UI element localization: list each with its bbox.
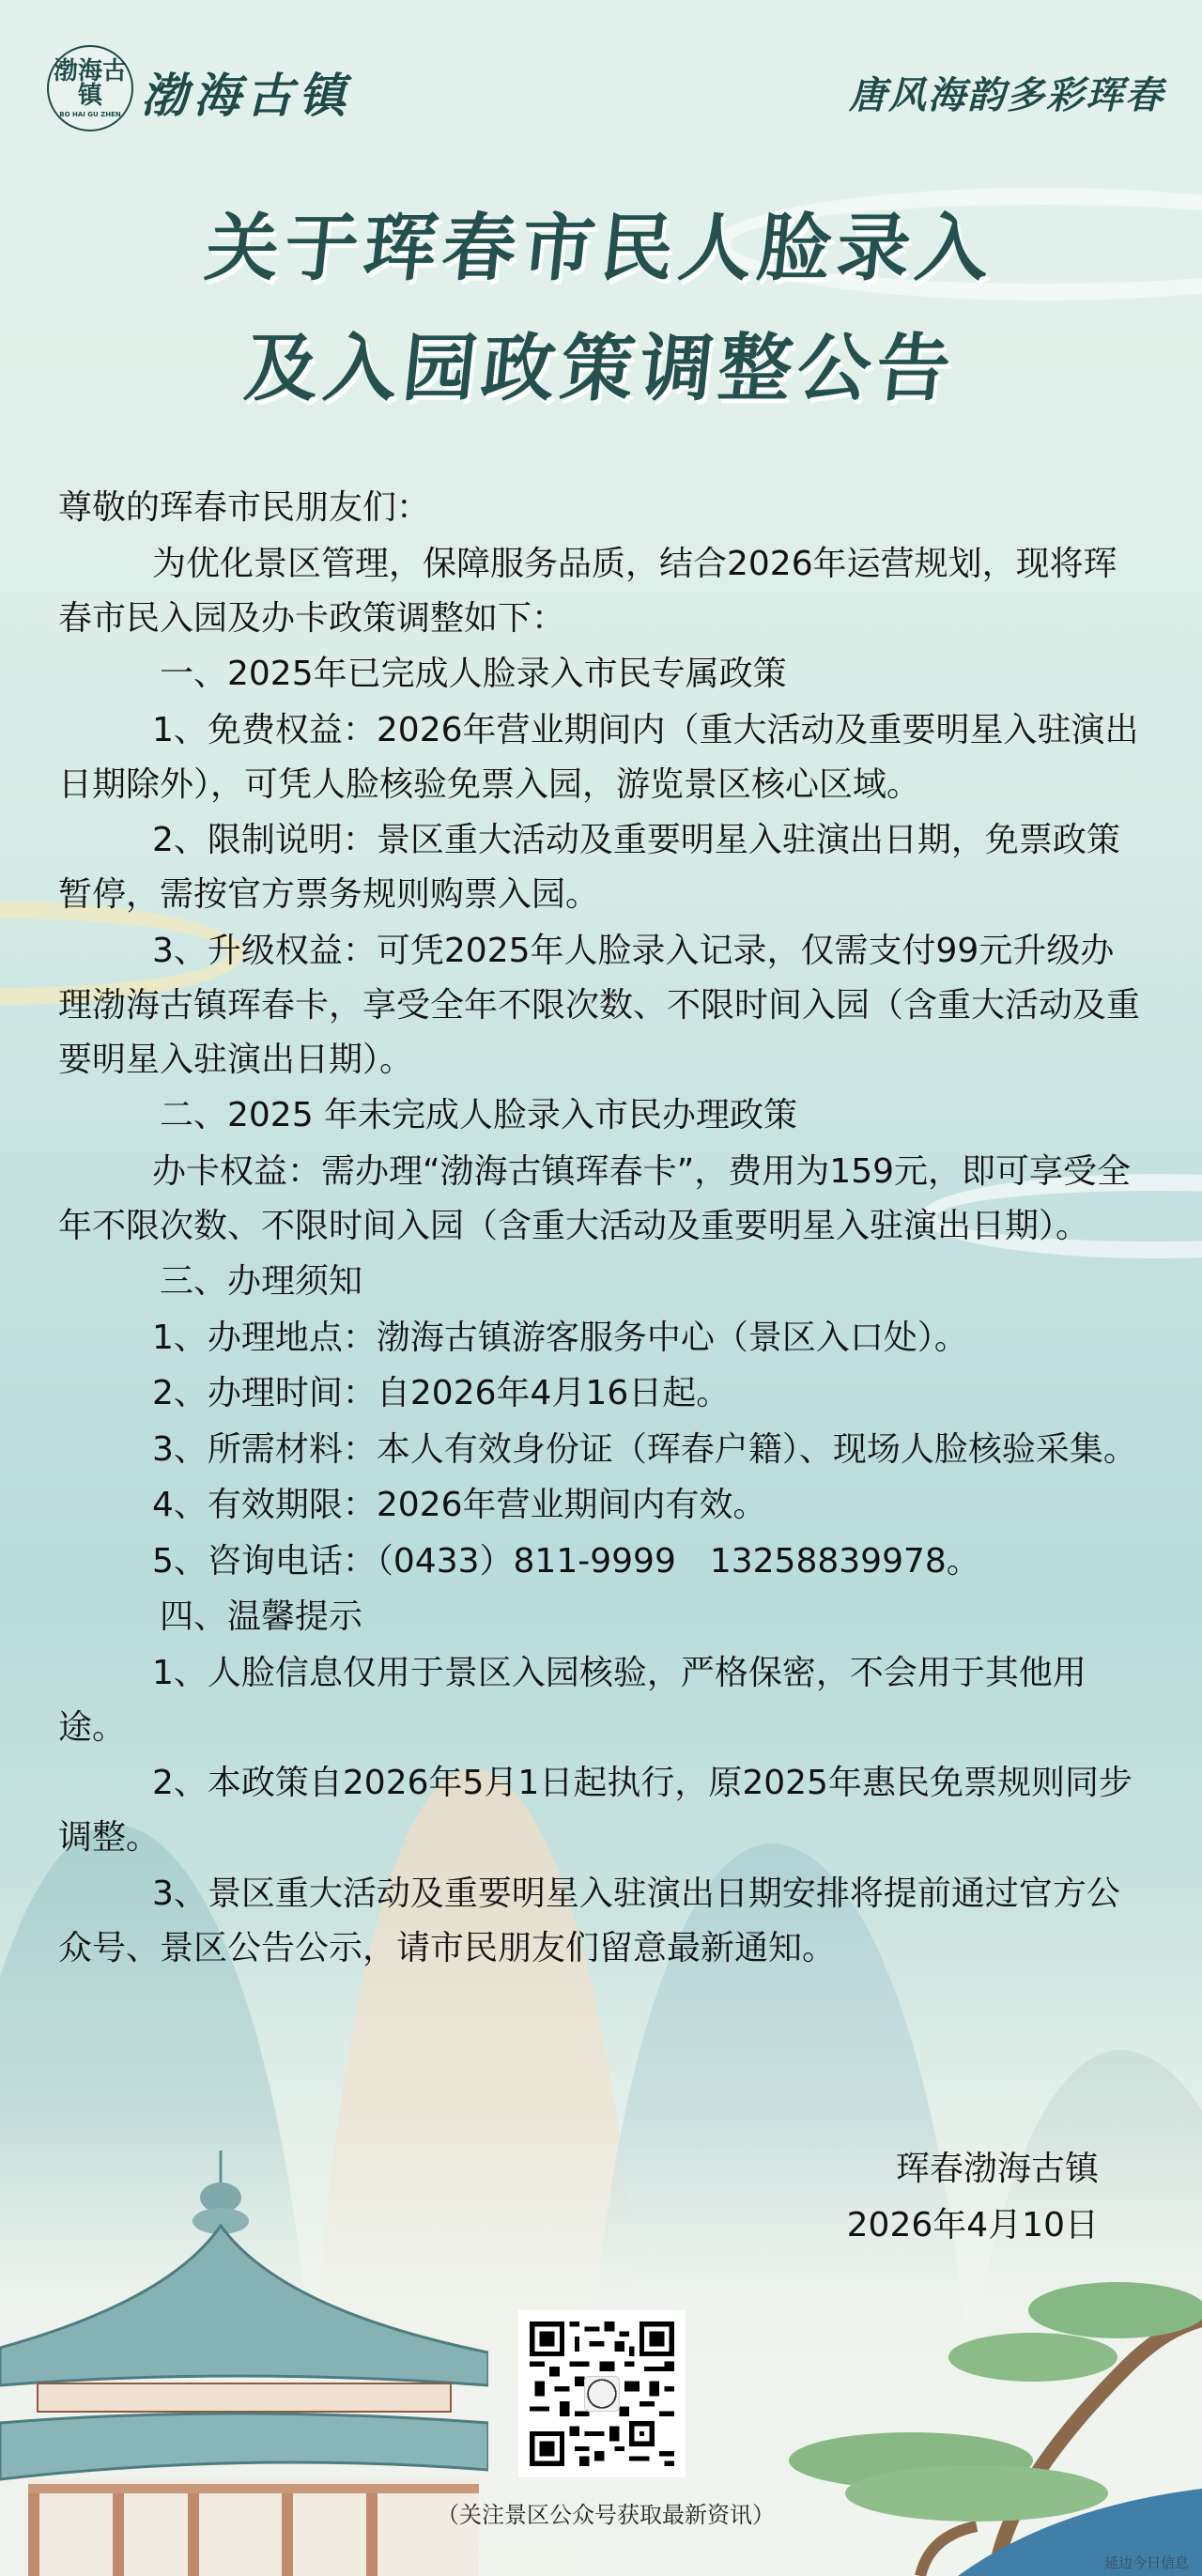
section-4-item-1: 1、人脸信息仅用于景区入园核验，严格保密，不会用于其他用途。 [58, 1646, 1148, 1755]
signature-date: 2026年4月10日 [847, 2198, 1099, 2254]
page-title-line-1: 关于珲春市民人脸录入 [0, 190, 1202, 295]
intro-paragraph: 为优化景区管理，保障服务品质，结合2026年运营规划，现将珲春市民入园及办卡政策… [58, 537, 1148, 646]
logo-subtext: BO HAI GU ZHEN [49, 112, 131, 118]
section-heading-3: 三、办理须知 [58, 1255, 1148, 1309]
salutation: 尊敬的珲春市民朋友们： [58, 481, 1148, 535]
section-heading-4: 四、温馨提示 [58, 1590, 1148, 1644]
brand-name: 渤海古镇 [141, 58, 351, 126]
section-3-item-1: 1、办理地点：渤海古镇游客服务中心（景区入口处）。 [58, 1311, 1148, 1365]
logo-emblem: 渤海古镇 BO HAI GU ZHEN [47, 45, 133, 131]
page-title-line-2: 及入园政策调整公告 [0, 310, 1202, 415]
signature-block: 珲春渤海古镇 2026年4月10日 [847, 2141, 1099, 2254]
notice-body: 尊敬的珲春市民朋友们： 为优化景区管理，保障服务品质，结合2026年运营规划，现… [58, 481, 1148, 1977]
qr-code[interactable] [518, 2310, 686, 2477]
section-3-item-4: 4、有效期限：2026年营业期间内有效。 [58, 1478, 1148, 1533]
section-1-item-1: 1、免费权益：2026年营业期间内（重大活动及重要明星入驻演出日期除外），可凭人… [58, 703, 1148, 812]
section-4-item-2: 2、本政策自2026年5月1日起执行，原2025年惠民免票规则同步调整。 [58, 1756, 1148, 1865]
section-3-item-5: 5、咨询电话：（0433）811-9999 13258839978。 [58, 1535, 1148, 1589]
logo-text: 渤海古镇 [54, 57, 127, 110]
qr-code-icon [530, 2321, 674, 2466]
section-1-item-2: 2、限制说明：景区重大活动及重要明星入驻演出日期，免票政策暂停，需按官方票务规则… [58, 813, 1148, 922]
source-watermark: 延边今日信息 [1104, 2553, 1189, 2572]
section-3-item-2: 2、办理时间：自2026年4月16日起。 [58, 1366, 1148, 1421]
section-heading-1: 一、2025年已完成人脸录入市民专属政策 [58, 647, 1148, 702]
section-1-item-3: 3、升级权益：可凭2025年人脸录入记录，仅需支付99元升级办理渤海古镇珲春卡，… [58, 924, 1148, 1087]
section-heading-2: 二、2025 年未完成人脸录入市民办理政策 [58, 1088, 1148, 1143]
signature-organization: 珲春渤海古镇 [847, 2141, 1099, 2198]
section-4-item-3: 3、景区重大活动及重要明星入驻演出日期安排将提前通过官方公众号、景区公告公示，请… [58, 1867, 1148, 1976]
slogan: 唐风海韵多彩珲春 [849, 66, 1164, 119]
qr-caption: （关注景区公众号获取最新资讯） [427, 2496, 784, 2529]
section-2-item-1: 办卡权益：需办理“渤海古镇珲春卡”，费用为159元，即可享受全年不限次数、不限时… [58, 1145, 1148, 1254]
section-3-item-3: 3、所需材料：本人有效身份证（珲春户籍）、现场人脸核验采集。 [58, 1423, 1148, 1477]
